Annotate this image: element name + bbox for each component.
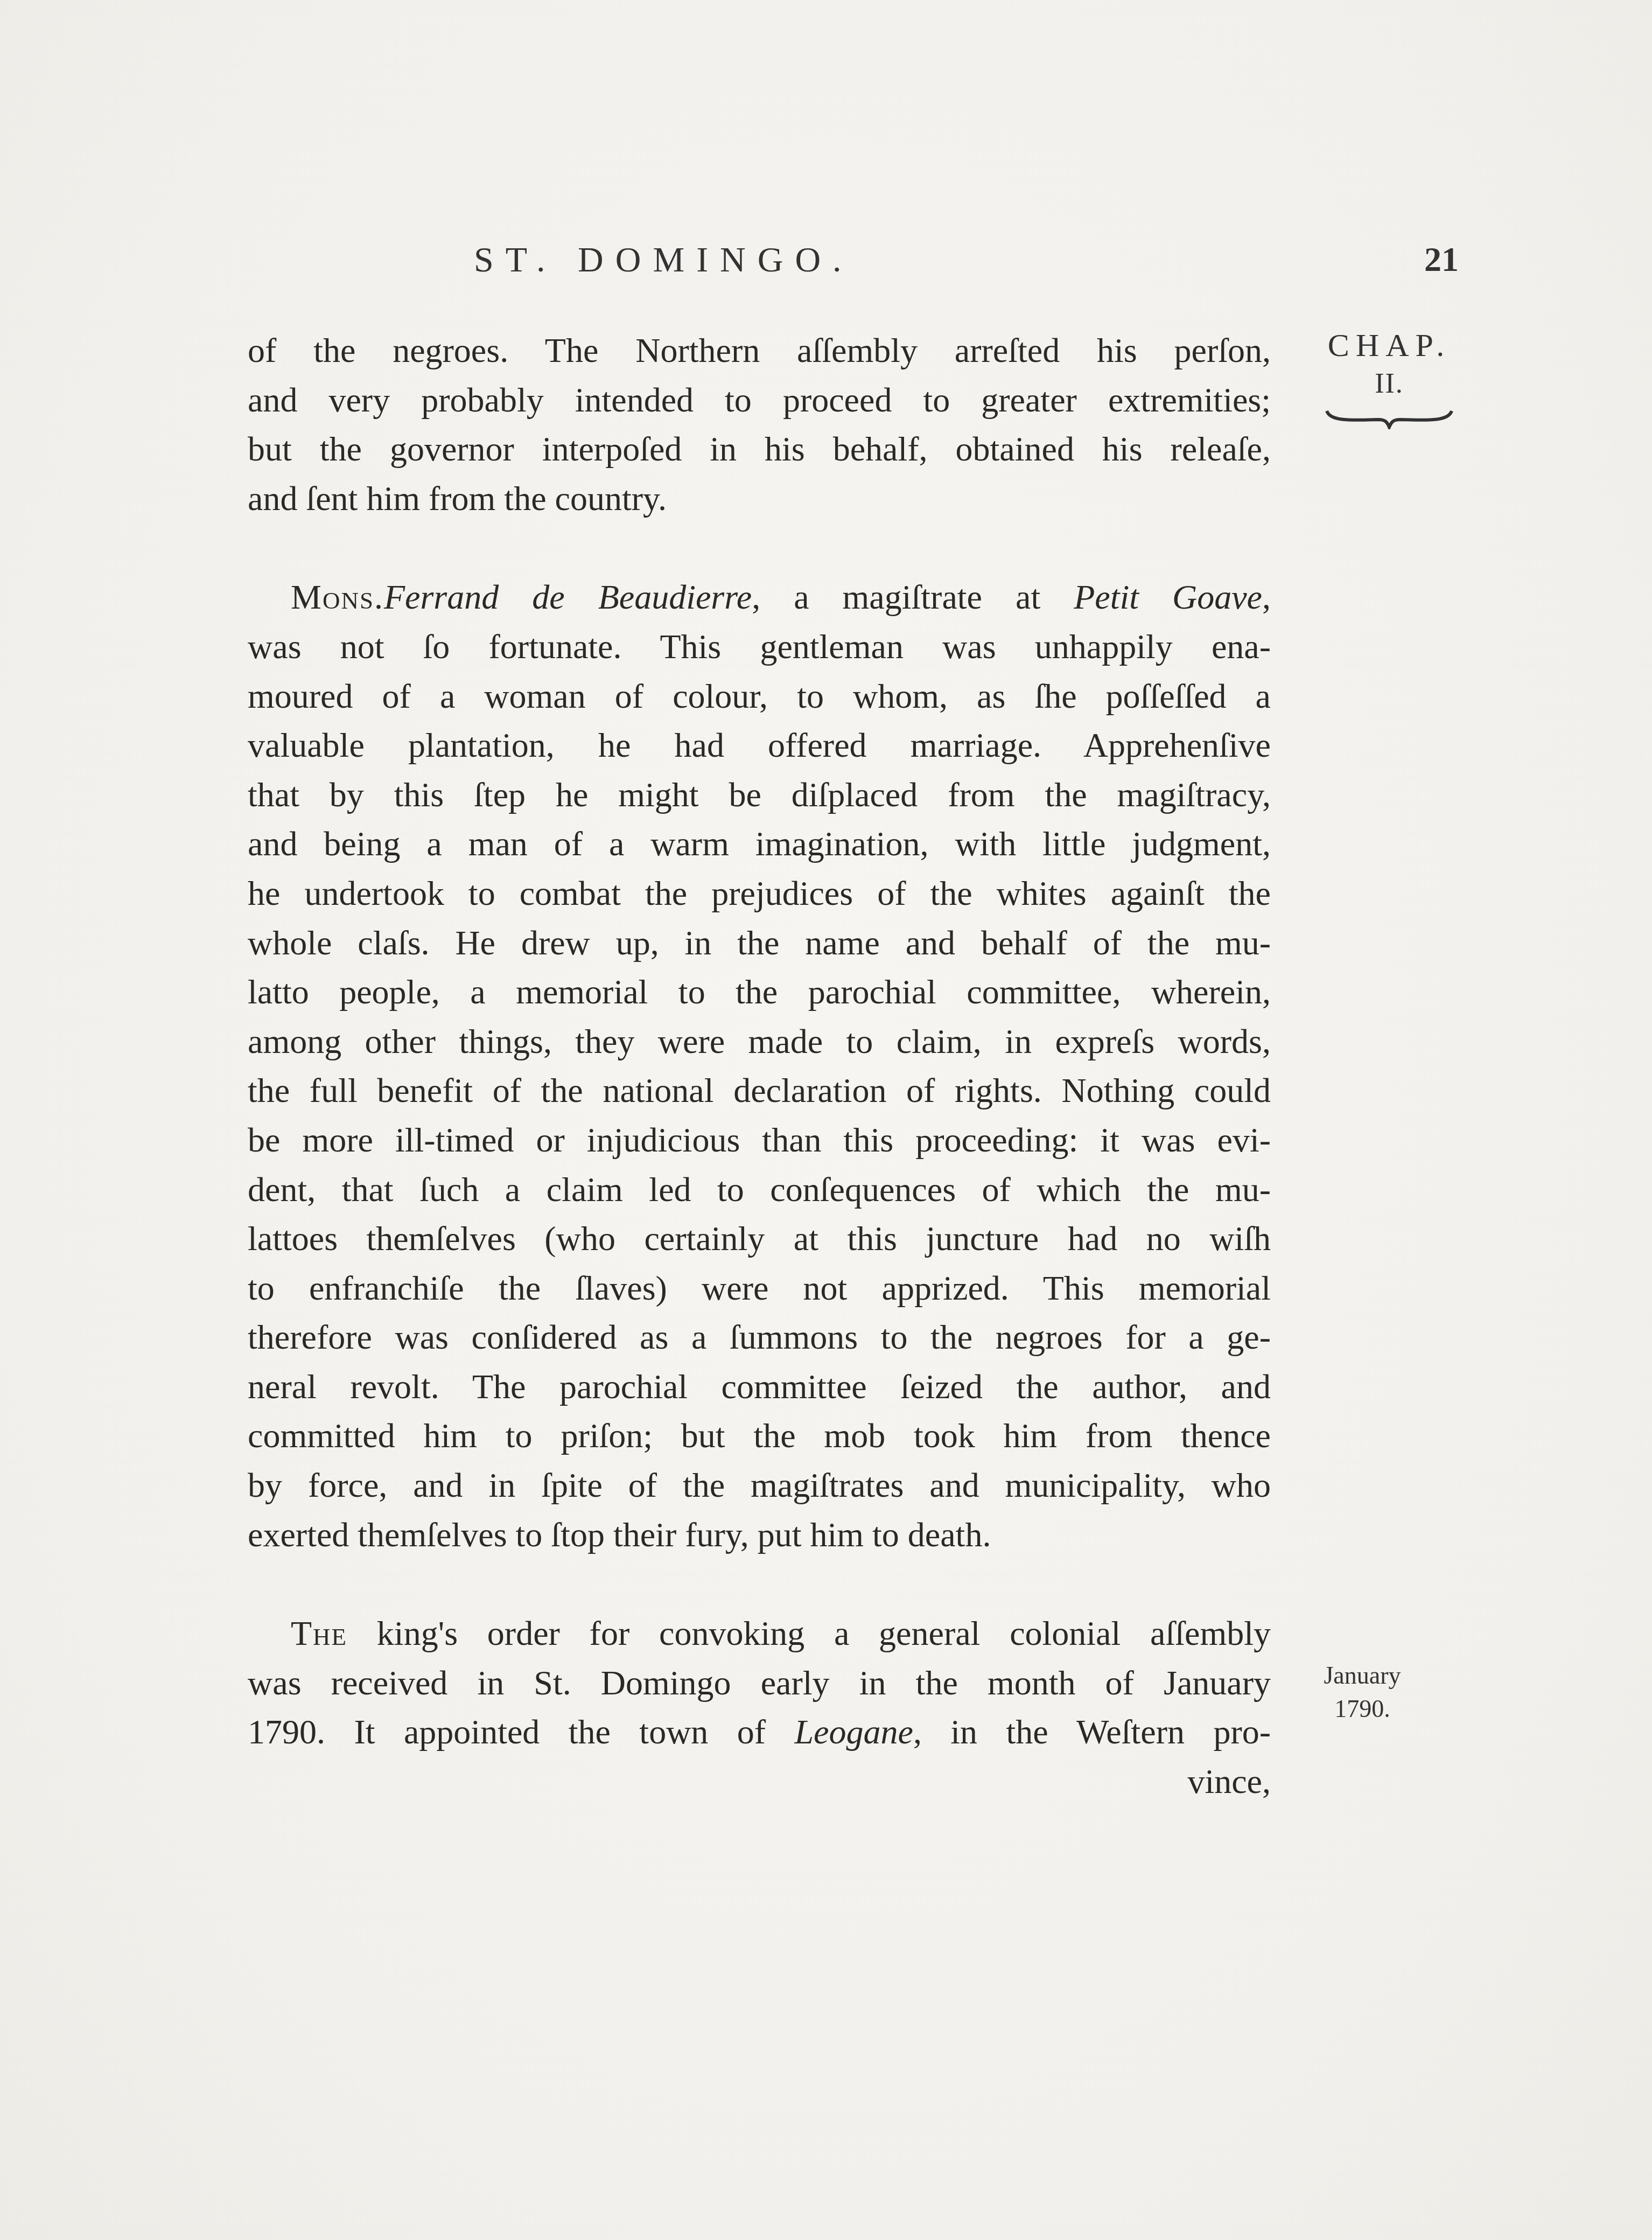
paragraph-3: The king's order for convoking a general… [248, 1609, 1271, 1806]
chapter-label: CHAP. [1319, 326, 1459, 365]
lead-smallcaps: The [291, 1614, 347, 1652]
italic-place: Leogane [795, 1713, 913, 1751]
text-line: was received in St. Domingo early in the… [248, 1658, 1271, 1708]
text-line: but the governor interpoſed in his behal… [248, 424, 1271, 474]
text-line: to enfranchiſe the ſlaves) were not appr… [248, 1264, 1271, 1313]
text-line: and being a man of a warm imagination, w… [248, 819, 1271, 869]
text-line: latto people, a memorial to the parochia… [248, 967, 1271, 1017]
margin-date-month: January [1308, 1659, 1416, 1692]
text-line: Mons.Ferrand de Beaudierre, a magiſtrate… [248, 573, 1271, 622]
text-line: therefore was conſidered as a ſummons to… [248, 1313, 1271, 1362]
lead-smallcaps: Mons. [291, 578, 384, 616]
text-line: neral revolt. The parochial committee ſe… [248, 1362, 1271, 1412]
italic-place: Petit Goave [1074, 578, 1262, 616]
catchword: vince, [248, 1757, 1271, 1806]
text-line: The king's order for convoking a general… [248, 1609, 1271, 1658]
text-line: 1790. It appointed the town of Leogane, … [248, 1707, 1271, 1757]
margin-date-year: 1790. [1308, 1692, 1416, 1726]
text-line: among other things, they were made to cl… [248, 1017, 1271, 1066]
text-line: exerted themſelves to ſtop their fury, p… [248, 1510, 1271, 1560]
text-line: the full benefit of the national declara… [248, 1066, 1271, 1115]
text-line: valuable plantation, he had offered marr… [248, 721, 1271, 770]
paragraph-1: of the negroes. The Northern aſſembly ar… [248, 326, 1271, 523]
paragraph-2: Mons.Ferrand de Beaudierre, a magiſtrate… [248, 573, 1271, 1559]
body-text: of the negroes. The Northern aſſembly ar… [248, 326, 1271, 1806]
italic-name: Ferrand de Beaudierre [384, 578, 752, 616]
text-line: and ſent him from the country. [248, 474, 1271, 524]
brace-ornament-icon [1325, 408, 1454, 429]
text-line: lattoes themſelves (who certainly at thi… [248, 1214, 1271, 1264]
chapter-number: II. [1319, 365, 1459, 403]
margin-chapter-note: CHAP. II. [1319, 326, 1459, 429]
text-line: by force, and in ſpite of the magiſtrate… [248, 1461, 1271, 1510]
text-line: moured of a woman of colour, to whom, as… [248, 672, 1271, 721]
running-head: ST. DOMINGO. 21 [248, 240, 1422, 288]
text-line: of the negroes. The Northern aſſembly ar… [248, 326, 1271, 375]
text-line: was not ſo fortunate. This gentleman was… [248, 622, 1271, 672]
page-number: 21 [1424, 240, 1459, 280]
text-run: king's order for convoking a general col… [347, 1614, 1271, 1652]
text-line: whole claſs. He drew up, in the name and… [248, 918, 1271, 968]
text-line: committed him to priſon; but the mob too… [248, 1411, 1271, 1461]
text-line: dent, that ſuch a claim led to conſequen… [248, 1165, 1271, 1215]
text-line: that by this ſtep he might be diſplaced … [248, 770, 1271, 820]
margin-date-note: January 1790. [1308, 1659, 1416, 1726]
book-page: ST. DOMINGO. 21 CHAP. II. of the negroes… [0, 0, 1652, 2240]
text-line: be more ill-timed or injudicious than th… [248, 1115, 1271, 1165]
text-line: he undertook to combat the prejudices of… [248, 869, 1271, 918]
text-line: and very probably intended to proceed to… [248, 375, 1271, 425]
running-title: ST. DOMINGO. [474, 240, 853, 281]
